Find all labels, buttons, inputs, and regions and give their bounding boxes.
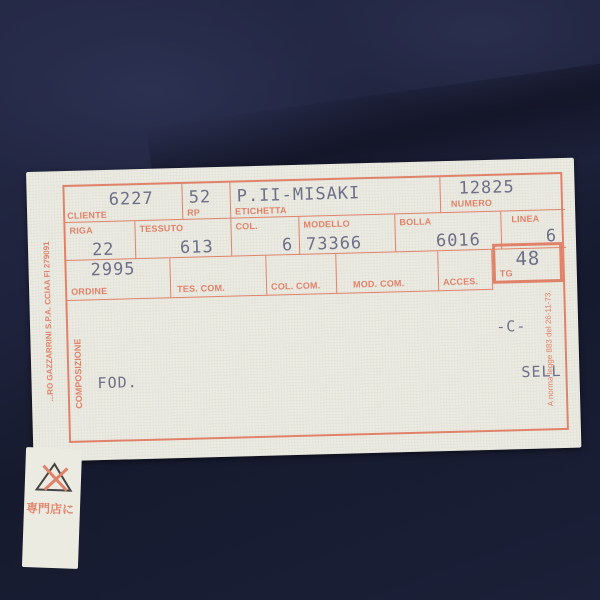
no-bleach-triangle-icon	[33, 459, 76, 494]
etichetta-value: P.II-MISAKI	[236, 183, 360, 206]
composizione-caption: COMPOSIZIONE	[72, 309, 85, 409]
care-tab: 専門店に	[22, 447, 82, 569]
cell-mod-com: MOD. COM.	[336, 251, 439, 294]
cell-cliente: 6227 CLIENTE	[64, 184, 183, 223]
tes-com-caption: TES. COM.	[177, 283, 225, 294]
fod-text: FOD.	[97, 373, 138, 392]
cell-tessuto: TESSUTO 613	[135, 219, 232, 259]
cell-rp: 52 RP	[182, 183, 231, 220]
bolla-value: 6016	[436, 230, 481, 251]
cell-etichetta: P.II-MISAKI ETICHETTA	[230, 177, 441, 218]
cliente-caption: CLIENTE	[67, 210, 107, 221]
col-com-caption: COL. COM.	[271, 280, 321, 291]
linea-caption: LINEA	[511, 214, 539, 225]
cliente-value: 6227	[108, 189, 153, 210]
composition-code: -C-	[496, 317, 527, 336]
cell-ordine: 2995 ORDINE	[66, 258, 171, 301]
ordine-value: 2995	[90, 259, 135, 280]
tg-caption: TG	[500, 268, 513, 278]
cell-taglia: TG 48	[492, 242, 563, 284]
numero-caption: NUMERO	[451, 198, 492, 209]
ordine-caption: ORDINE	[71, 286, 107, 297]
tessuto-caption: TESSUTO	[139, 223, 183, 234]
col-value: 6	[282, 235, 294, 255]
japanese-care-text: 専門店に	[26, 499, 75, 518]
manufacturer-side-text: ...RO GAZZARRINI S.P.A. CCIAA FI 279091	[41, 201, 55, 401]
rp-value: 52	[188, 187, 211, 208]
cell-numero: 12825 NUMERO	[440, 174, 565, 213]
cell-modello: MODELLO 73366	[299, 214, 396, 254]
etichetta-caption: ETICHETTA	[235, 205, 287, 216]
garment-label: ...RO GAZZARRINI S.P.A. CCIAA FI 279091 …	[26, 158, 581, 462]
riga-caption: RIGA	[69, 225, 93, 236]
seller-stamp: SELL	[521, 362, 562, 381]
cell-tes-com: TES. COM.	[170, 256, 267, 298]
numero-value: 12825	[458, 177, 515, 198]
acces-caption: ACCES.	[443, 276, 478, 287]
composizione-area: COMPOSIZIONE FOD. -C- SELL A norma legge…	[67, 288, 571, 443]
cell-acces: ACCES.	[438, 250, 493, 291]
label-grid: 6227 CLIENTE 52 RP P.II-MISAKI ETICHETTA…	[62, 172, 569, 443]
mod-com-caption: MOD. COM.	[353, 278, 405, 289]
cell-riga: RIGA 22	[65, 221, 136, 261]
modello-caption: MODELLO	[303, 219, 350, 230]
size-value: 48	[515, 248, 540, 271]
riga-value: 22	[92, 240, 115, 261]
tessuto-value: 613	[180, 237, 214, 258]
col-caption: COL.	[235, 221, 258, 232]
cell-col: COL. 6	[231, 217, 300, 257]
modello-value: 73366	[306, 233, 363, 254]
bolla-caption: BOLLA	[399, 216, 431, 227]
cell-bolla: BOLLA 6016	[395, 212, 502, 253]
rp-caption: RP	[187, 207, 200, 217]
legal-text: A norma legge 883 del 26-11-73.	[543, 296, 555, 406]
cell-col-com: COL. COM.	[266, 254, 337, 296]
